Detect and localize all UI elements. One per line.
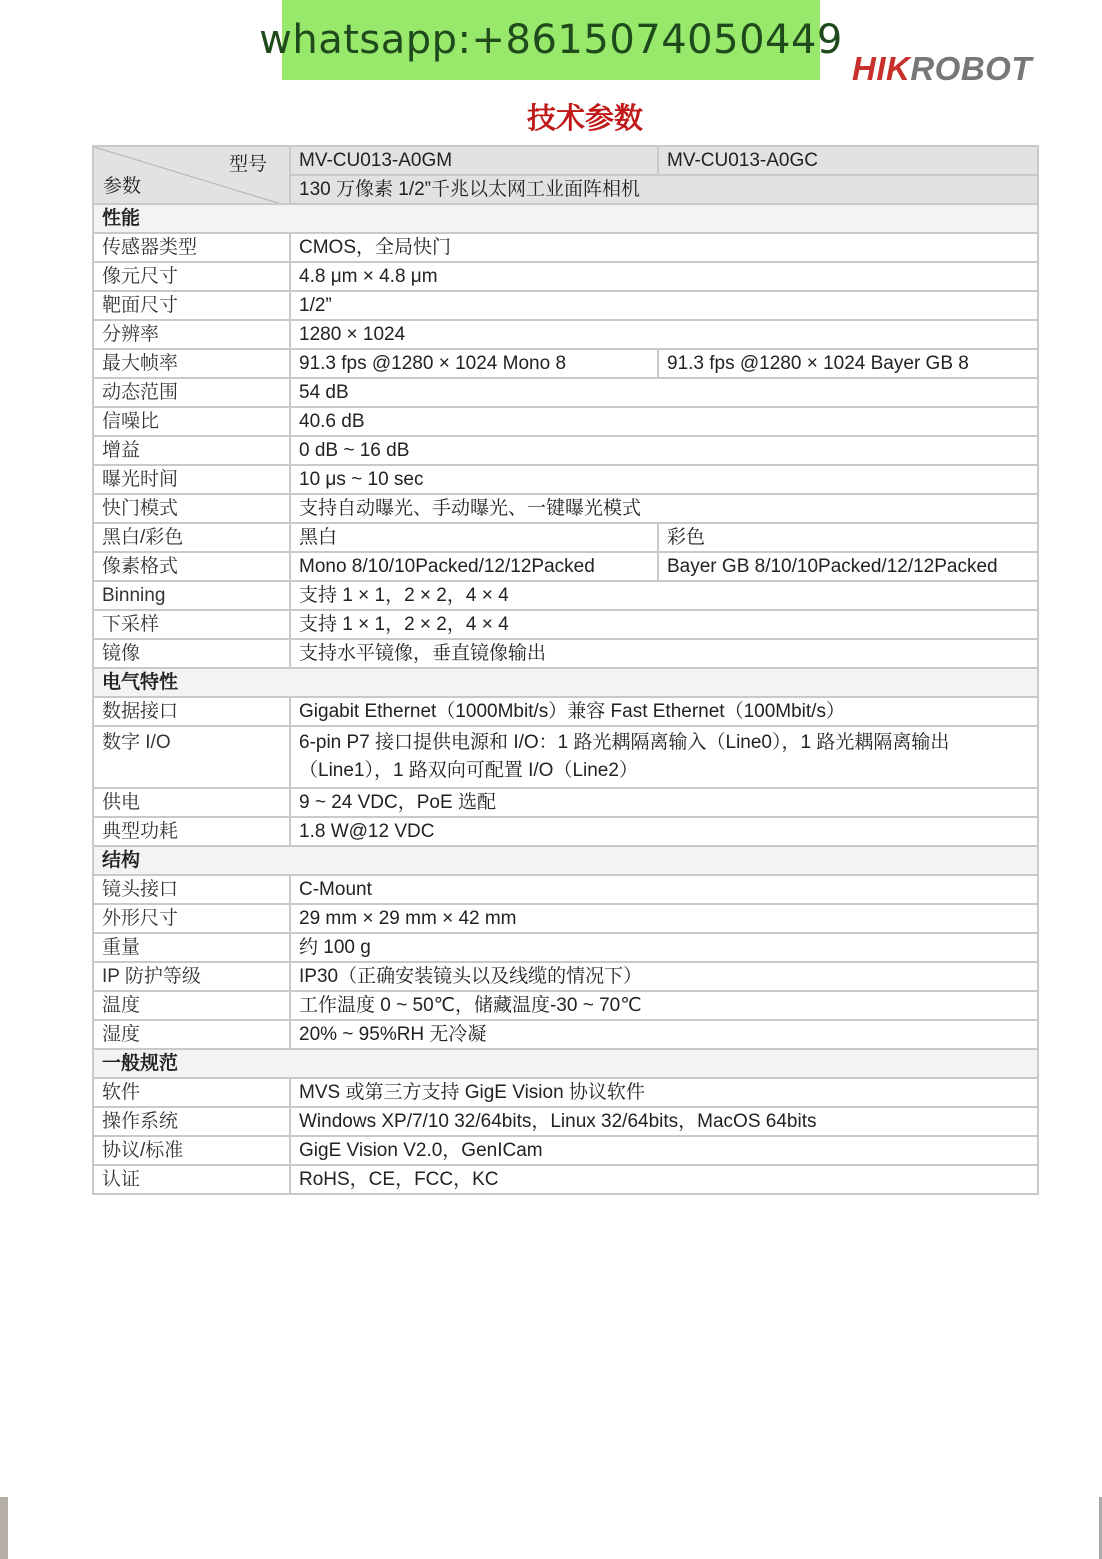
spec-value-color: 彩色 [658, 523, 1038, 552]
spec-label: 典型功耗 [93, 817, 290, 846]
logo-hik: HIK [852, 50, 910, 87]
spec-row: 外形尺寸29 mm × 29 mm × 42 mm [93, 904, 1038, 933]
spec-value: 9 ~ 24 VDC，PoE 选配 [290, 788, 1038, 817]
spec-label: 数据接口 [93, 697, 290, 726]
spec-value: C-Mount [290, 875, 1038, 904]
spec-row: 快门模式支持自动曝光、手动曝光、一键曝光模式 [93, 494, 1038, 523]
spec-row: 增益0 dB ~ 16 dB [93, 436, 1038, 465]
spec-value: 54 dB [290, 378, 1038, 407]
spec-value: CMOS，全局快门 [290, 233, 1038, 262]
spec-value-mono: 91.3 fps @1280 × 1024 Mono 8 [290, 349, 658, 378]
spec-row: 典型功耗1.8 W@12 VDC [93, 817, 1038, 846]
spec-value: 支持自动曝光、手动曝光、一键曝光模式 [290, 494, 1038, 523]
spec-value: 支持 1 × 1，2 × 2，4 × 4 [290, 581, 1038, 610]
spec-row: 协议/标准GigE Vision V2.0，GenICam [93, 1136, 1038, 1165]
spec-label: 操作系统 [93, 1107, 290, 1136]
section-title: 一般规范 [93, 1049, 1038, 1078]
spec-value: 4.8 μm × 4.8 μm [290, 262, 1038, 291]
section-header-row: 电气特性 [93, 668, 1038, 697]
spec-label: 分辨率 [93, 320, 290, 349]
spec-value-color: 91.3 fps @1280 × 1024 Bayer GB 8 [658, 349, 1038, 378]
spec-row: 镜头接口C-Mount [93, 875, 1038, 904]
spec-label: 数字 I/O [93, 726, 290, 788]
spec-label: 快门模式 [93, 494, 290, 523]
spec-row: 靶面尺寸1/2” [93, 291, 1038, 320]
model-header-row: 型号 参数 MV-CU013-A0GM MV-CU013-A0GC [93, 146, 1038, 175]
spec-row: 下采样支持 1 × 1，2 × 2，4 × 4 [93, 610, 1038, 639]
spec-value: Gigabit Ethernet（1000Mbit/s）兼容 Fast Ethe… [290, 697, 1038, 726]
spec-row: Binning支持 1 × 1，2 × 2，4 × 4 [93, 581, 1038, 610]
spec-value: 工作温度 0 ~ 50℃，储藏温度-30 ~ 70℃ [290, 991, 1038, 1020]
spec-value: 20% ~ 95%RH 无冷凝 [290, 1020, 1038, 1049]
spec-label: 镜头接口 [93, 875, 290, 904]
spec-label: 下采样 [93, 610, 290, 639]
spec-table: 型号 参数 MV-CU013-A0GM MV-CU013-A0GC 130 万像… [92, 145, 1039, 1195]
page-title: 技术参数 [0, 96, 1102, 137]
spec-label: 供电 [93, 788, 290, 817]
spec-value: 0 dB ~ 16 dB [290, 436, 1038, 465]
spec-value: 支持水平镜像，垂直镜像输出 [290, 639, 1038, 668]
param-label: 参数 [103, 173, 141, 200]
spec-label: 镜像 [93, 639, 290, 668]
spec-label: 曝光时间 [93, 465, 290, 494]
spec-label: 认证 [93, 1165, 290, 1194]
spec-row: 湿度20% ~ 95%RH 无冷凝 [93, 1020, 1038, 1049]
section-title: 电气特性 [93, 668, 1038, 697]
spec-label: 软件 [93, 1078, 290, 1107]
spec-value: 1.8 W@12 VDC [290, 817, 1038, 846]
whatsapp-contact-text: whatsapp:+8615074050449 [259, 17, 843, 63]
spec-label: 协议/标准 [93, 1136, 290, 1165]
spec-label: 黑白/彩色 [93, 523, 290, 552]
spec-value: 10 μs ~ 10 sec [290, 465, 1038, 494]
spec-value: MVS 或第三方支持 GigE Vision 协议软件 [290, 1078, 1038, 1107]
spec-value: 1/2” [290, 291, 1038, 320]
whatsapp-contact-banner: whatsapp:+8615074050449 [282, 0, 820, 80]
spec-value: 6-pin P7 接口提供电源和 I/O：1 路光耦隔离输入（Line0），1 … [290, 726, 1038, 788]
spec-value: 支持 1 × 1，2 × 2，4 × 4 [290, 610, 1038, 639]
product-description: 130 万像素 1/2”千兆以太网工业面阵相机 [290, 175, 1038, 204]
spec-label: 重量 [93, 933, 290, 962]
spec-value: 1280 × 1024 [290, 320, 1038, 349]
spec-value-color: Bayer GB 8/10/10Packed/12/12Packed [658, 552, 1038, 581]
spec-value: RoHS，CE，FCC，KC [290, 1165, 1038, 1194]
section-title: 结构 [93, 846, 1038, 875]
model-name-color: MV-CU013-A0GC [658, 146, 1038, 175]
section-header-row: 性能 [93, 204, 1038, 233]
section-title: 性能 [93, 204, 1038, 233]
spec-value-mono: 黑白 [290, 523, 658, 552]
spec-row: 分辨率1280 × 1024 [93, 320, 1038, 349]
spec-label: 传感器类型 [93, 233, 290, 262]
spec-row: 黑白/彩色黑白彩色 [93, 523, 1038, 552]
spec-value: 约 100 g [290, 933, 1038, 962]
section-header-row: 一般规范 [93, 1049, 1038, 1078]
spec-value: 40.6 dB [290, 407, 1038, 436]
spec-row: 传感器类型CMOS，全局快门 [93, 233, 1038, 262]
spec-label: 动态范围 [93, 378, 290, 407]
logo-robot: ROBOT [910, 50, 1032, 87]
spec-label: IP 防护等级 [93, 962, 290, 991]
spec-label: 像素格式 [93, 552, 290, 581]
corner-cell: 型号 参数 [93, 146, 290, 204]
spec-row: 软件MVS 或第三方支持 GigE Vision 协议软件 [93, 1078, 1038, 1107]
spec-row: 曝光时间10 μs ~ 10 sec [93, 465, 1038, 494]
spec-value: 29 mm × 29 mm × 42 mm [290, 904, 1038, 933]
spec-label: 靶面尺寸 [93, 291, 290, 320]
spec-row: 重量约 100 g [93, 933, 1038, 962]
spec-label: 信噪比 [93, 407, 290, 436]
spec-value: IP30（正确安装镜头以及线缆的情况下） [290, 962, 1038, 991]
spec-label: Binning [93, 581, 290, 610]
spec-row: 温度工作温度 0 ~ 50℃，储藏温度-30 ~ 70℃ [93, 991, 1038, 1020]
spec-label: 最大帧率 [93, 349, 290, 378]
spec-label: 外形尺寸 [93, 904, 290, 933]
spec-row: 操作系统Windows XP/7/10 32/64bits，Linux 32/6… [93, 1107, 1038, 1136]
page-edge-left [0, 1497, 8, 1559]
spec-value-mono: Mono 8/10/10Packed/12/12Packed [290, 552, 658, 581]
hikrobot-logo: HIKROBOT [852, 50, 1032, 88]
spec-row: 像素格式Mono 8/10/10Packed/12/12PackedBayer … [93, 552, 1038, 581]
spec-row: IP 防护等级IP30（正确安装镜头以及线缆的情况下） [93, 962, 1038, 991]
spec-label: 湿度 [93, 1020, 290, 1049]
spec-row: 镜像支持水平镜像，垂直镜像输出 [93, 639, 1038, 668]
spec-row: 最大帧率91.3 fps @1280 × 1024 Mono 891.3 fps… [93, 349, 1038, 378]
spec-row: 数据接口Gigabit Ethernet（1000Mbit/s）兼容 Fast … [93, 697, 1038, 726]
spec-label: 温度 [93, 991, 290, 1020]
spec-value: Windows XP/7/10 32/64bits，Linux 32/64bit… [290, 1107, 1038, 1136]
spec-row: 动态范围54 dB [93, 378, 1038, 407]
section-header-row: 结构 [93, 846, 1038, 875]
spec-row: 数字 I/O6-pin P7 接口提供电源和 I/O：1 路光耦隔离输入（Lin… [93, 726, 1038, 788]
spec-label: 像元尺寸 [93, 262, 290, 291]
spec-row: 供电9 ~ 24 VDC，PoE 选配 [93, 788, 1038, 817]
spec-row: 认证RoHS，CE，FCC，KC [93, 1165, 1038, 1194]
model-label: 型号 [229, 151, 267, 178]
spec-row: 信噪比40.6 dB [93, 407, 1038, 436]
model-name-mono: MV-CU013-A0GM [290, 146, 658, 175]
spec-label: 增益 [93, 436, 290, 465]
spec-value: GigE Vision V2.0，GenICam [290, 1136, 1038, 1165]
spec-row: 像元尺寸4.8 μm × 4.8 μm [93, 262, 1038, 291]
